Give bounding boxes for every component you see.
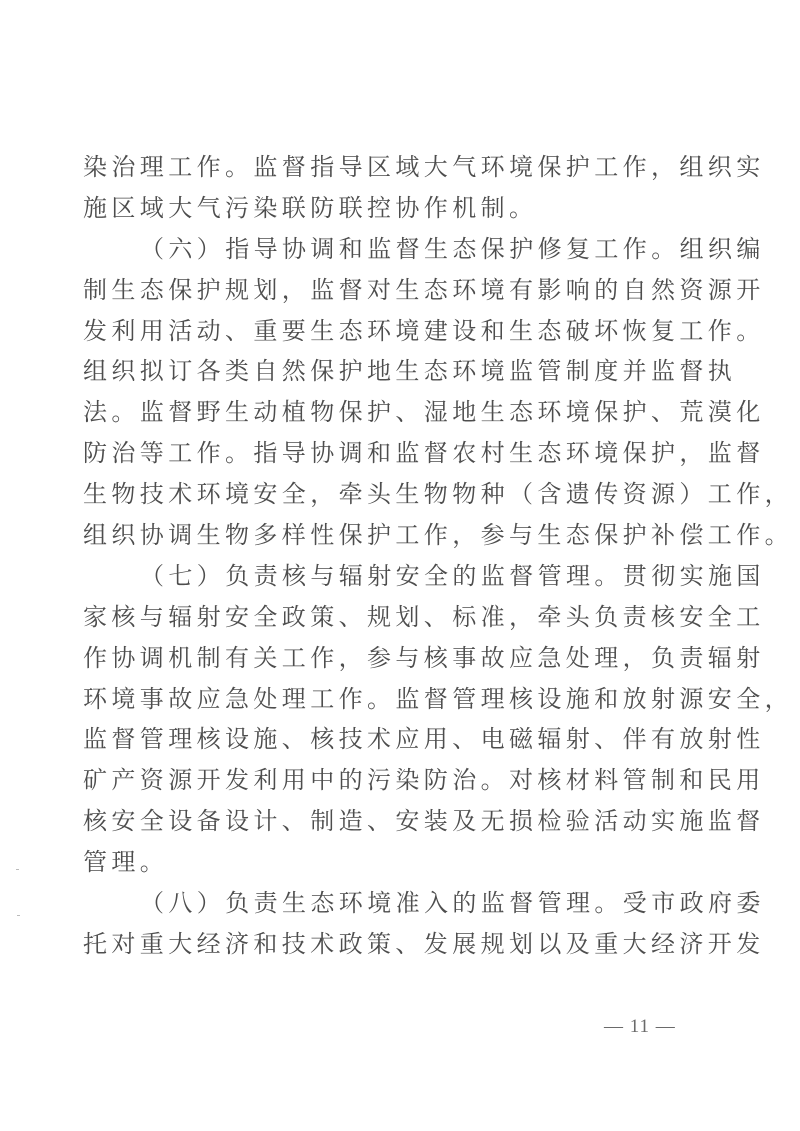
text-line: 核安全设备设计、制造、安装及无损检验活动实施监督 bbox=[83, 801, 693, 842]
document-body: 染治理工作。监督指导区域大气环境保护工作，组织实 施区域大气污染联防联控协作机制… bbox=[83, 147, 693, 965]
text-line: 生物技术环境安全，牵头生物物种（含遗传资源）工作， bbox=[83, 474, 693, 515]
scan-speck bbox=[17, 915, 20, 916]
text-line: 作协调机制有关工作，参与核事故应急处理，负责辐射 bbox=[83, 638, 693, 679]
text-line: 染治理工作。监督指导区域大气环境保护工作，组织实 bbox=[83, 147, 693, 188]
page-number: — 11 — bbox=[604, 1016, 676, 1038]
section-heading-line: （六）指导协调和监督生态保护修复工作。组织编 bbox=[83, 229, 693, 270]
text-line: 防治等工作。指导协调和监督农村生态环境保护，监督 bbox=[83, 433, 693, 474]
text-line: 环境事故应急处理工作。监督管理核设施和放射源安全， bbox=[83, 679, 693, 720]
section-heading-line: （七）负责核与辐射安全的监督管理。贯彻实施国 bbox=[83, 556, 693, 597]
text-line: 组织协调生物多样性保护工作，参与生态保护补偿工作。 bbox=[83, 515, 693, 556]
text-line: 发利用活动、重要生态环境建设和生态破坏恢复工作。 bbox=[83, 311, 693, 352]
text-line: 管理。 bbox=[83, 842, 693, 883]
text-line: 家核与辐射安全政策、规划、标准，牵头负责核安全工 bbox=[83, 597, 693, 638]
text-line: 施区域大气污染联防联控协作机制。 bbox=[83, 188, 693, 229]
text-line: 制生态保护规划，监督对生态环境有影响的自然资源开 bbox=[83, 270, 693, 311]
text-line: 矿产资源开发利用中的污染防治。对核材料管制和民用 bbox=[83, 760, 693, 801]
scan-speck bbox=[16, 869, 19, 870]
section-heading-line: （八）负责生态环境准入的监督管理。受市政府委 bbox=[83, 883, 693, 924]
text-line: 组织拟订各类自然保护地生态环境监管制度并监督执 bbox=[83, 351, 693, 392]
text-line: 监督管理核设施、核技术应用、电磁辐射、伴有放射性 bbox=[83, 719, 693, 760]
document-page: 染治理工作。监督指导区域大气环境保护工作，组织实 施区域大气污染联防联控协作机制… bbox=[0, 0, 800, 1131]
text-line: 托对重大经济和技术政策、发展规划以及重大经济开发 bbox=[83, 924, 693, 965]
text-line: 法。监督野生动植物保护、湿地生态环境保护、荒漠化 bbox=[83, 392, 693, 433]
